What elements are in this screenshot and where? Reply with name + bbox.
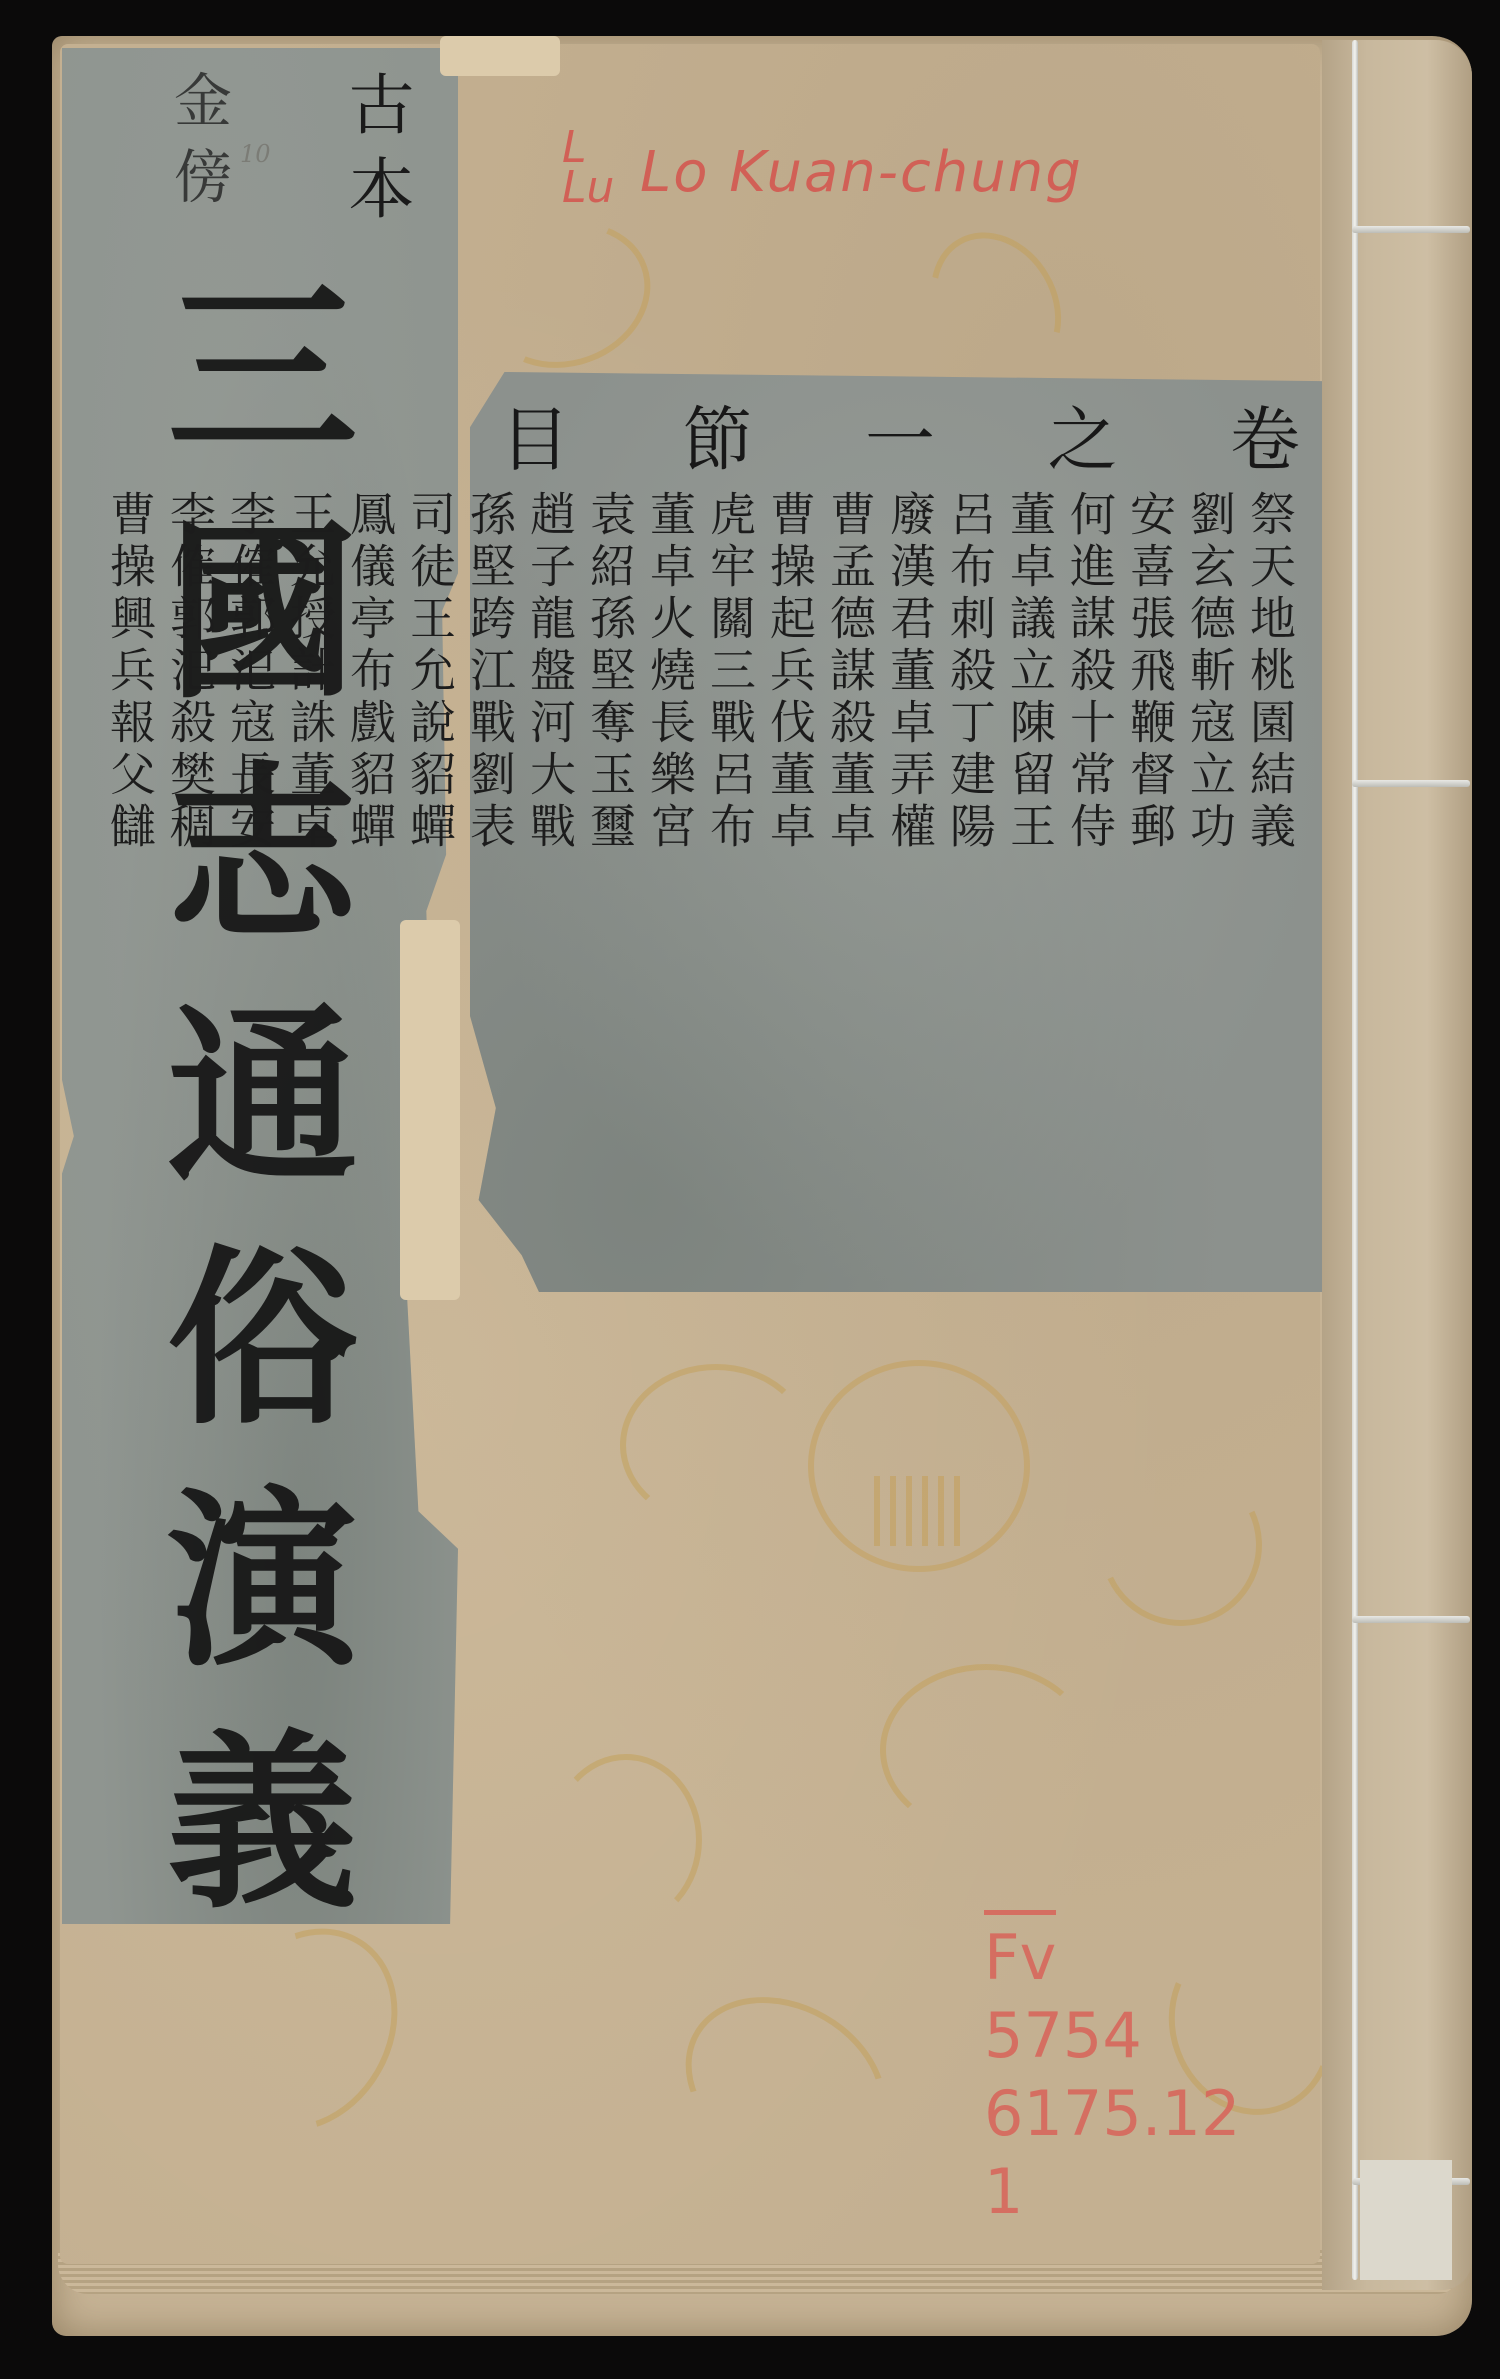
chapter-title: 曹操起兵伐董卓 bbox=[760, 490, 820, 880]
chapter-title: 王允授計誅董卓 bbox=[280, 490, 340, 880]
header-char: 節 bbox=[683, 384, 753, 485]
chapter-title: 祭天地桃園結義 bbox=[1240, 490, 1300, 880]
header-char: 之 bbox=[1048, 384, 1118, 485]
chapter-column: 安喜張飛鞭督郵何進謀殺十常侍 bbox=[1060, 490, 1180, 1270]
call-number: Fv 5754 6175.12 1 bbox=[984, 1910, 1240, 2231]
chapter-title: 李傕郭汜殺樊稠 bbox=[160, 490, 220, 880]
shou-medallion-icon bbox=[808, 1360, 1030, 1572]
paper-tear bbox=[440, 36, 560, 76]
chapter-title: 虎牢關三戰呂布 bbox=[700, 490, 760, 880]
cloud-pattern-icon bbox=[905, 209, 1087, 402]
cloud-pattern-icon bbox=[461, 199, 671, 391]
chapter-column: 董卓議立陳留王呂布刺殺丁建陽 bbox=[940, 490, 1060, 1270]
call-number-class: Fv bbox=[984, 1910, 1056, 1997]
chapter-title: 劉玄德斬寇立功 bbox=[1180, 490, 1240, 880]
cloud-pattern-icon bbox=[620, 1364, 812, 1526]
chapter-column: 司徒王允說貂蟬鳳儀亭布戲貂蟬 bbox=[340, 490, 460, 1270]
header-char: 卷 bbox=[1230, 384, 1300, 485]
call-number-line: 5754 bbox=[984, 1997, 1240, 2075]
pencil-number-note: 10 bbox=[240, 140, 271, 168]
chapter-column: 董卓火燒長樂宮袁紹孫堅奪玉璽 bbox=[580, 490, 700, 1270]
chapter-title: 何進謀殺十常侍 bbox=[1060, 490, 1120, 880]
chapter-list: 祭天地桃園結義劉玄德斬寇立功 安喜張飛鞭督郵何進謀殺十常侍 董卓議立陳留王呂布刺… bbox=[500, 490, 1300, 1270]
cloud-pattern-icon bbox=[550, 1754, 702, 1926]
chapter-title: 李傕郭汜寇長安 bbox=[220, 490, 280, 880]
book-spine bbox=[1322, 40, 1472, 2290]
author-initial-pencil: L Lu bbox=[562, 128, 614, 208]
chapter-title: 孫堅跨江戰劉表 bbox=[460, 490, 520, 880]
chapter-title: 董卓火燒長樂宮 bbox=[640, 490, 700, 880]
chapter-title: 安喜張飛鞭督郵 bbox=[1120, 490, 1180, 880]
chapter-title: 呂布刺殺丁建陽 bbox=[940, 490, 1000, 880]
chapter-column: 祭天地桃園結義劉玄德斬寇立功 bbox=[1180, 490, 1300, 1270]
cloud-pattern-icon bbox=[880, 1664, 1092, 1836]
binding-stitch bbox=[1352, 226, 1470, 233]
chapter-column: 曹操起兵伐董卓虎牢關三戰呂布 bbox=[700, 490, 820, 1270]
chapter-title: 曹孟德謀殺董卓 bbox=[820, 490, 880, 880]
binding-stitch bbox=[1352, 780, 1470, 787]
chapter-title: 鳳儀亭布戲貂蟬 bbox=[340, 490, 400, 880]
contents-header: 卷 之 一 節 目 bbox=[500, 384, 1300, 484]
binding-stitch bbox=[1352, 1616, 1470, 1623]
cloud-pattern-icon bbox=[1077, 1441, 1285, 1649]
header-char: 一 bbox=[865, 384, 935, 485]
chapter-title: 袁紹孫堅奪玉璽 bbox=[580, 490, 640, 880]
chapter-title: 曹操興兵報父讎 bbox=[100, 490, 160, 880]
chapter-title: 司徒王允說貂蟬 bbox=[400, 490, 460, 880]
title-prefix-faded: 金傍 bbox=[156, 70, 240, 222]
cloud-pattern-icon bbox=[654, 1962, 919, 2208]
call-number-volume: 1 bbox=[984, 2153, 1240, 2231]
chapter-column: 趙子龍盤河大戰孫堅跨江戰劉表 bbox=[460, 490, 580, 1270]
binding-thread bbox=[1352, 40, 1358, 2280]
chapter-column: 廢漢君董卓弄權曹孟德謀殺董卓 bbox=[820, 490, 940, 1270]
spine-repair-patch bbox=[1360, 2160, 1452, 2280]
chapter-column: 王允授計誅董卓李傕郭汜寇長安 bbox=[220, 490, 340, 1270]
header-char: 目 bbox=[500, 384, 570, 485]
title-prefix-guben: 古本 bbox=[328, 70, 423, 238]
chapter-title: 廢漢君董卓弄權 bbox=[880, 490, 940, 880]
medallion-bars bbox=[874, 1476, 964, 1546]
call-number-line: 6175.12 bbox=[984, 2075, 1240, 2153]
chapter-title: 趙子龍盤河大戰 bbox=[520, 490, 580, 880]
chapter-column: 李傕郭汜殺樊稠曹操興兵報父讎 bbox=[100, 490, 220, 1270]
chapter-title: 董卓議立陳留王 bbox=[1000, 490, 1060, 880]
author-name-pencil: Lo Kuan-chung bbox=[640, 140, 1083, 205]
